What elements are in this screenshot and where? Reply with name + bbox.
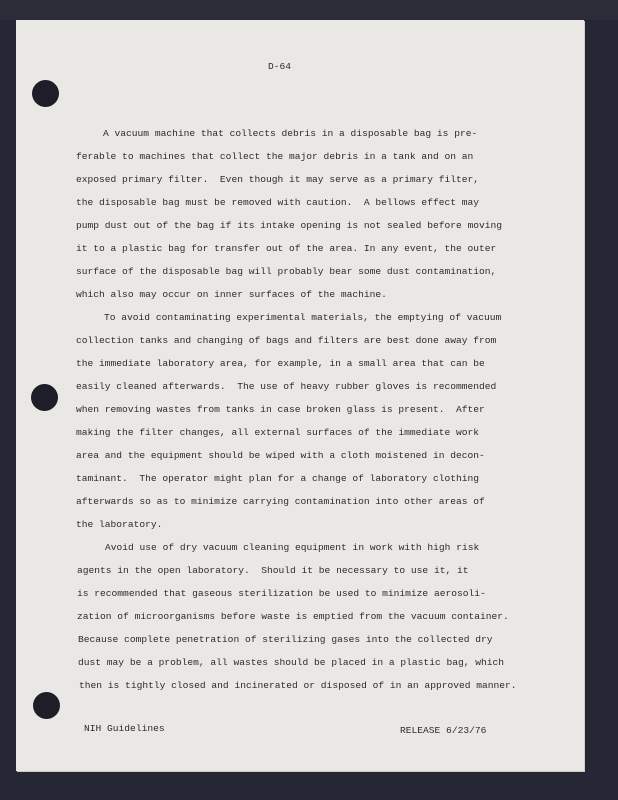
body-line: the disposable bag must be removed with … (76, 197, 479, 209)
body-line: afterwards so as to minimize carrying co… (76, 496, 485, 508)
body-line: agents in the open laboratory. Should it… (77, 565, 469, 577)
body-line: Because complete penetration of steriliz… (78, 634, 493, 646)
body-line: To avoid contaminating experimental mate… (104, 312, 501, 324)
body-line: when removing wastes from tanks in case … (76, 404, 485, 416)
footer-source: NIH Guidelines (84, 723, 165, 735)
footer-release-date: RELEASE 6/23/76 (400, 725, 486, 737)
body-line: the immediate laboratory area, for examp… (76, 358, 485, 370)
page-number: D-64 (268, 61, 291, 73)
body-line: then is tightly closed and incinerated o… (79, 680, 517, 692)
punch-hole-bottom (33, 692, 60, 719)
body-line: pump dust out of the bag if its intake o… (76, 220, 502, 232)
body-line: taminant. The operator might plan for a … (76, 473, 479, 485)
body-line: it to a plastic bag for transfer out of … (76, 243, 496, 255)
body-line: collection tanks and changing of bags an… (76, 335, 496, 347)
body-line: exposed primary filter. Even though it m… (76, 174, 479, 186)
body-line: Avoid use of dry vacuum cleaning equipme… (105, 542, 479, 554)
body-line: making the filter changes, all external … (76, 427, 479, 439)
body-line: which also may occur on inner surfaces o… (76, 289, 387, 301)
body-line: the laboratory. (76, 519, 162, 531)
body-line: A vacuum machine that collects debris in… (103, 128, 477, 140)
body-line: zation of microorganisms before waste is… (77, 611, 509, 623)
body-line: surface of the disposable bag will proba… (76, 266, 496, 278)
punch-hole-top (32, 80, 59, 107)
body-line: dust may be a problem, all wastes should… (78, 657, 504, 669)
body-line: easily cleaned afterwards. The use of he… (76, 381, 496, 393)
punch-hole-middle (31, 384, 58, 411)
body-line: ferable to machines that collect the maj… (76, 151, 473, 163)
body-line: is recommended that gaseous sterilizatio… (77, 588, 486, 600)
scan-background (0, 0, 618, 20)
body-line: area and the equipment should be wiped w… (76, 450, 485, 462)
